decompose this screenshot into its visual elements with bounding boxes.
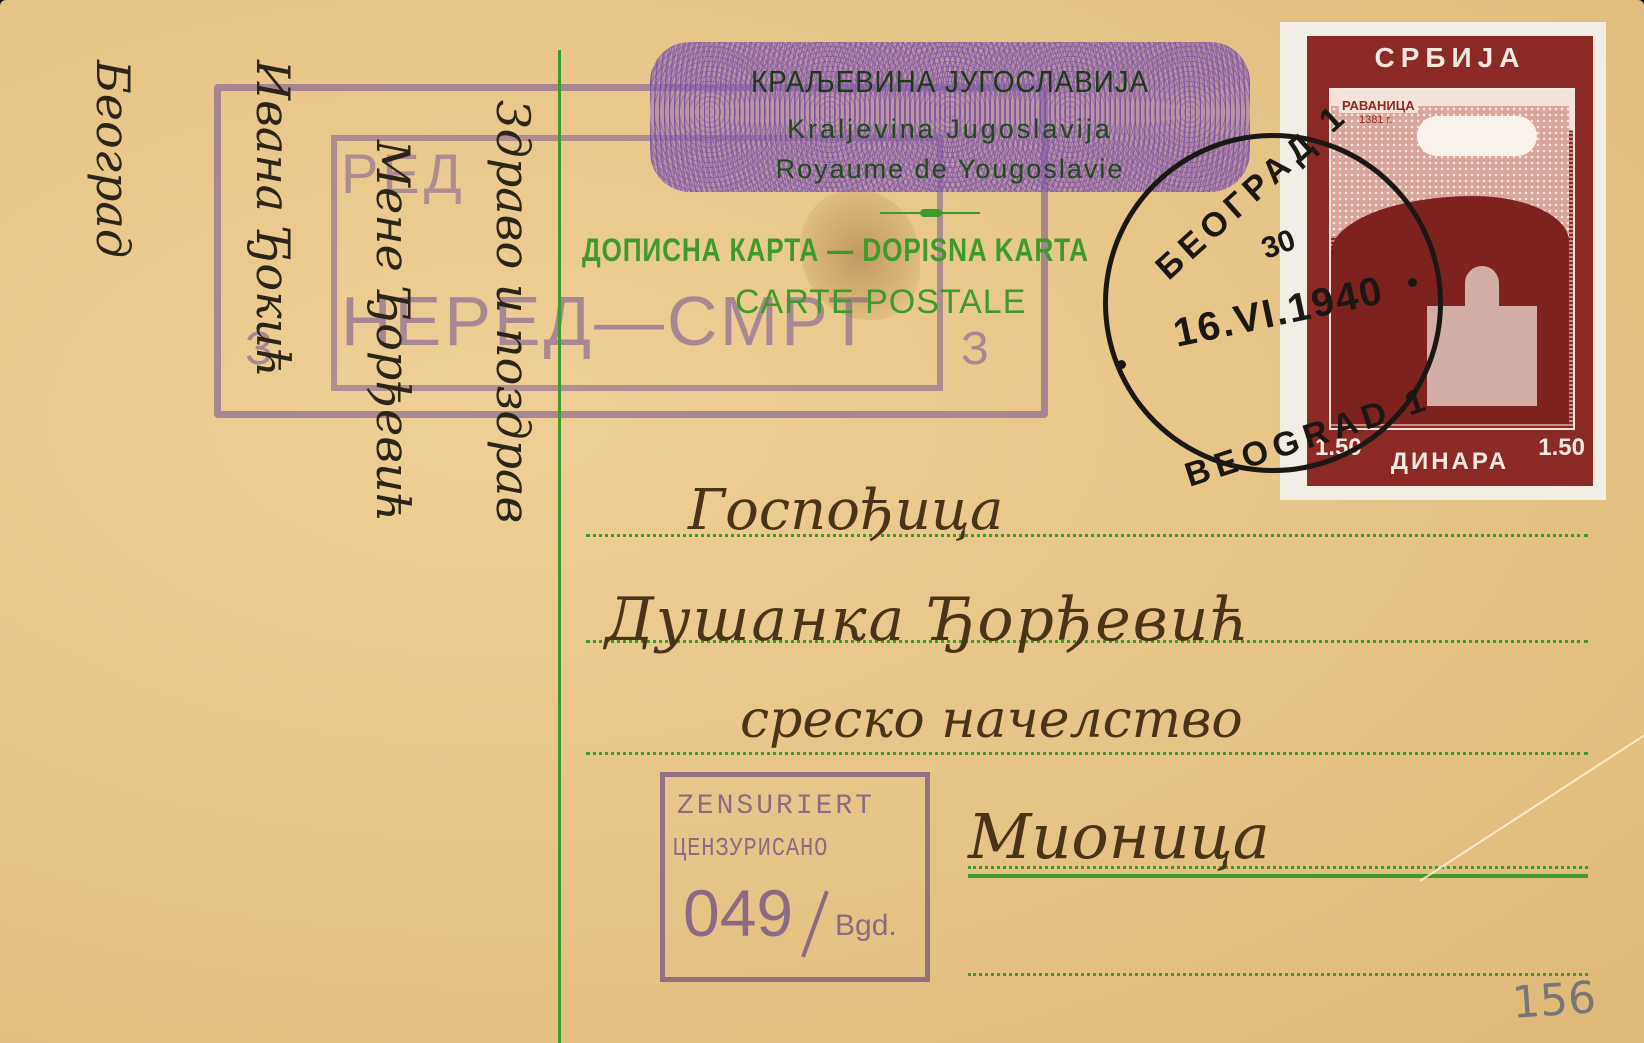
- cloud-icon: [1417, 116, 1537, 156]
- postmark-dot: [1408, 278, 1417, 287]
- stamp-image-label: РАВАНИЦА: [1339, 98, 1418, 113]
- censor-number: 049: [683, 875, 793, 951]
- paper-crease: [1419, 717, 1644, 882]
- ornament-divider-icon: [880, 212, 980, 214]
- stamp-printer: Кам. К.Цанга: [1531, 474, 1579, 483]
- address-line-5: [968, 973, 1588, 976]
- address-office: среско начелство: [740, 690, 1243, 750]
- censor-line-german: ZENSURIERT: [677, 791, 875, 822]
- message-column-4: Београд: [86, 60, 140, 258]
- imprint-latin: Kraljevina Jugoslavija: [680, 114, 1220, 145]
- address-recipient-title: Госпођица: [688, 478, 1003, 543]
- censor-line-serbian: ЦЕНЗУРИСАНО: [673, 833, 828, 863]
- monastery-icon: [1427, 306, 1537, 406]
- stamp-country: СРБИЈА: [1307, 42, 1593, 74]
- postcard: РЕД НЕРЕД—СМРТ З З КРАЉЕВИНА ЈУГОСЛАВИЈА…: [0, 0, 1644, 1043]
- censor-slash: [801, 890, 829, 957]
- address-line-3: [586, 752, 1588, 755]
- address-recipient-name: Душанка Ђорђевић: [605, 585, 1251, 655]
- card-title-french: CARTE POSTALE: [735, 283, 1026, 322]
- stamp-image-year: 1381 г.: [1359, 114, 1392, 126]
- address-underline: [968, 874, 1588, 878]
- message-column-3: Ивана Ђокић: [246, 60, 300, 378]
- imprint-cyrillic: КРАЉЕВИНА ЈУГОСЛАВИЈА: [707, 64, 1193, 100]
- postmark-dot: [1117, 360, 1126, 369]
- censor-suffix: Bgd.: [835, 909, 897, 943]
- slogan-corner-right: З: [961, 321, 989, 375]
- message-column-1: Здраво и поздрав: [486, 100, 540, 523]
- message-address-divider: [558, 50, 561, 1043]
- archive-pencil-number: 156: [1510, 972, 1597, 1029]
- printed-imprint: КРАЉЕВИНА ЈУГОСЛАВИЈА Kraljevina Jugosla…: [650, 42, 1250, 192]
- imprint-french: Royaume de Yougoslavie: [680, 154, 1220, 185]
- address-town: Мионица: [968, 800, 1270, 873]
- card-title-serbian: ДОПИСНА КАРТА — DOPISNA KARTA: [582, 232, 1089, 269]
- censor-mark: ZENSURIERT ЦЕНЗУРИСАНО 049 Bgd.: [660, 772, 930, 982]
- message-column-2: Мене Ђорђевић: [366, 140, 420, 522]
